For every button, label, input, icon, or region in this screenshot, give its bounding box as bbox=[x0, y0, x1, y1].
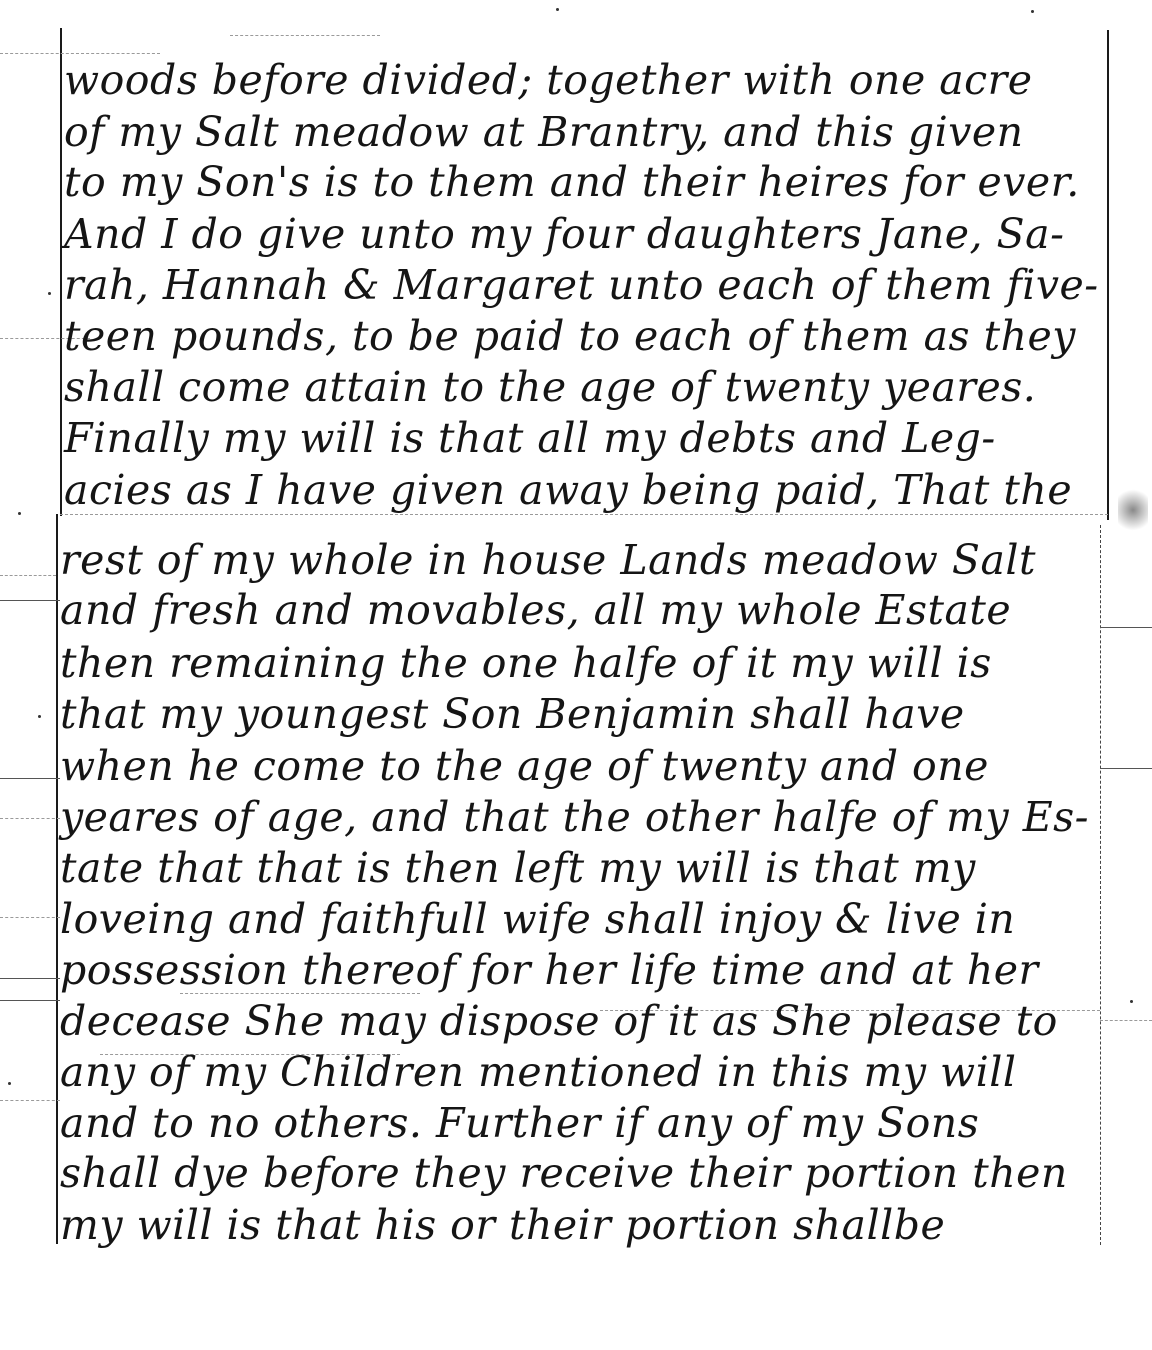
ruled-line bbox=[230, 35, 380, 36]
ruled-line bbox=[0, 1000, 60, 1001]
right-margin-line-upper bbox=[1107, 30, 1109, 520]
text-line: rah, Hannah & Margaret unto each of them… bbox=[64, 265, 1099, 306]
ruled-line bbox=[0, 600, 60, 601]
text-line: woods before divided; together with one … bbox=[64, 60, 1033, 101]
ruled-line bbox=[0, 778, 60, 779]
text-line: decease She may dispose of it as She ple… bbox=[60, 1001, 1058, 1042]
text-line: that my youngest Son Benjamin shall have bbox=[60, 694, 965, 735]
scan-speck bbox=[556, 8, 559, 11]
scan-speck bbox=[1031, 10, 1034, 13]
ruled-line bbox=[60, 514, 1108, 515]
text-line: to my Son's is to them and their heires … bbox=[64, 162, 1080, 203]
ruled-line bbox=[0, 575, 56, 576]
ruled-line bbox=[0, 818, 60, 819]
right-margin-line-lower bbox=[1100, 525, 1101, 1245]
text-line: Finally my will is that all my debts and… bbox=[64, 418, 996, 459]
scanned-document-page: woods before divided; together with one … bbox=[0, 0, 1152, 1350]
text-line: and to no others. Further if any of my S… bbox=[60, 1103, 979, 1144]
ruled-line bbox=[1100, 768, 1152, 769]
text-line: tate that that is then left my will is t… bbox=[60, 848, 976, 889]
text-line: any of my Children mentioned in this my … bbox=[60, 1052, 1016, 1093]
scan-smudge bbox=[1118, 485, 1148, 535]
text-line: loveing and faithfull wife shall injoy &… bbox=[60, 899, 1015, 940]
text-line: rest of my whole in house Lands meadow S… bbox=[60, 540, 1036, 581]
ruled-line bbox=[1100, 1020, 1152, 1021]
scan-speck bbox=[48, 292, 51, 295]
scan-speck bbox=[1130, 1000, 1133, 1003]
scan-speck bbox=[18, 512, 21, 515]
scan-speck bbox=[8, 1082, 11, 1085]
text-line: my will is that his or their portion sha… bbox=[60, 1205, 945, 1246]
left-margin-line-lower bbox=[56, 514, 58, 1244]
scan-speck bbox=[38, 715, 41, 718]
text-line: when he come to the age of twenty and on… bbox=[60, 746, 989, 787]
text-line: then remaining the one halfe of it my wi… bbox=[60, 643, 992, 684]
left-margin-line-upper bbox=[60, 28, 62, 516]
text-line: of my Salt meadow at Brantry, and this g… bbox=[64, 112, 1024, 153]
ruled-line bbox=[0, 917, 60, 918]
text-line: possession thereof for her life time and… bbox=[60, 950, 1039, 991]
ruled-line bbox=[0, 978, 60, 979]
ruled-line bbox=[1100, 627, 1152, 628]
text-line: teen pounds, to be paid to each of them … bbox=[64, 316, 1076, 357]
ruled-line bbox=[0, 1100, 60, 1101]
text-line: yeares of age, and that the other halfe … bbox=[60, 797, 1089, 838]
text-line: and fresh and movables, all my whole Est… bbox=[60, 590, 1011, 631]
text-line: shall dye before they receive their port… bbox=[60, 1153, 1068, 1194]
text-line: And I do give unto my four daughters Jan… bbox=[64, 214, 1064, 255]
ruled-line bbox=[0, 53, 160, 54]
text-line: shall come attain to the age of twenty y… bbox=[64, 367, 1036, 408]
text-line: acies as I have given away being paid, T… bbox=[64, 470, 1072, 511]
